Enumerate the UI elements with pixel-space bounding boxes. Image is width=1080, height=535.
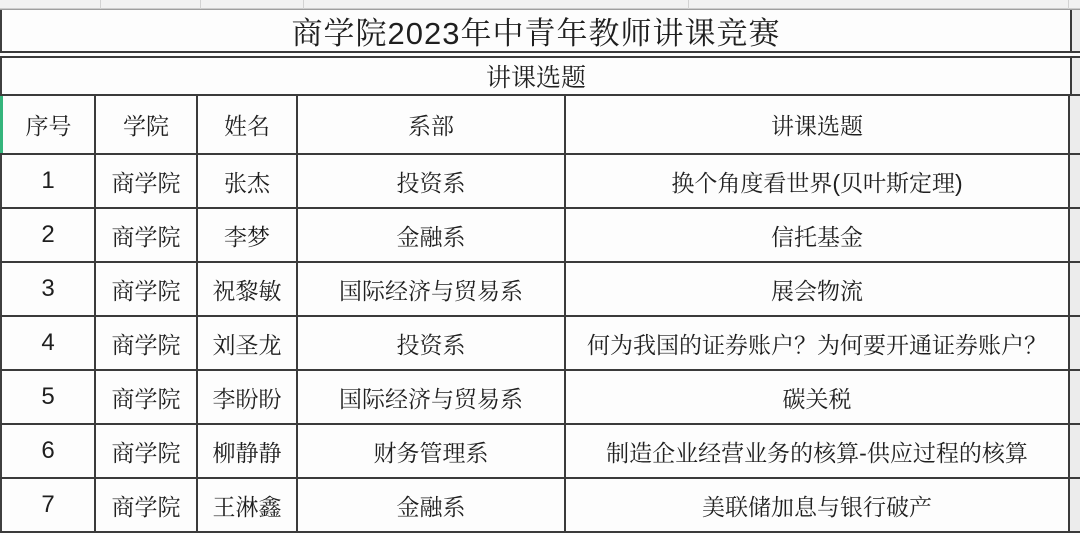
side-column-filler (1070, 371, 1080, 423)
cell-department[interactable]: 投资系 (298, 155, 566, 207)
side-column-filler (1070, 263, 1080, 315)
table-row: 2 商学院 李梦 金融系 信托基金 (0, 209, 1080, 263)
cell-topic[interactable]: 美联储加息与银行破产 (566, 479, 1070, 531)
header-cell-department[interactable]: 系部 (298, 96, 566, 153)
cell-topic[interactable]: 信托基金 (566, 209, 1070, 261)
header-cell-index[interactable]: 序号 (0, 96, 96, 153)
cell-department[interactable]: 财务管理系 (298, 425, 566, 477)
header-cell-name[interactable]: 姓名 (198, 96, 298, 153)
side-column-filler (1070, 425, 1080, 477)
grid-line (303, 0, 304, 9)
grid-line (688, 0, 689, 9)
cell-college[interactable]: 商学院 (96, 479, 198, 531)
table-row: 5 商学院 李盼盼 国际经济与贸易系 碳关税 (0, 371, 1080, 425)
table-row: 1 商学院 张杰 投资系 换个角度看世界(贝叶斯定理) (0, 155, 1080, 209)
spreadsheet-view: 商学院2023年中青年教师讲课竞赛 讲课选题 序号 学院 姓名 系部 讲课选题 … (0, 0, 1080, 535)
cell-index[interactable]: 1 (0, 155, 96, 207)
cell-topic[interactable]: 换个角度看世界(贝叶斯定理) (566, 155, 1070, 207)
side-column-filler (1072, 58, 1080, 94)
cell-name[interactable]: 祝黎敏 (198, 263, 298, 315)
cell-topic[interactable]: 碳关税 (566, 371, 1070, 423)
cell-topic[interactable]: 制造企业经营业务的核算-供应过程的核算 (566, 425, 1070, 477)
table-row: 4 商学院 刘圣龙 投资系 何为我国的证券账户？为何要开通证券账户？ (0, 317, 1080, 371)
cell-name[interactable]: 李盼盼 (198, 371, 298, 423)
header-cell-college[interactable]: 学院 (96, 96, 198, 153)
cell-department[interactable]: 金融系 (298, 209, 566, 261)
side-column-filler (1070, 155, 1080, 207)
cell-department[interactable]: 国际经济与贸易系 (298, 263, 566, 315)
side-column-filler (1070, 479, 1080, 531)
cell-college[interactable]: 商学院 (96, 263, 198, 315)
cell-college[interactable]: 商学院 (96, 425, 198, 477)
grid-line (100, 0, 101, 9)
grid-line (200, 0, 201, 9)
table-row: 7 商学院 王淋鑫 金融系 美联储加息与银行破产 (0, 479, 1080, 533)
cell-name[interactable]: 柳静静 (198, 425, 298, 477)
top-grid-strip (0, 0, 1080, 9)
header-cell-topic[interactable]: 讲课选题 (566, 96, 1070, 153)
cell-index[interactable]: 5 (0, 371, 96, 423)
table-row-title: 商学院2023年中青年教师讲课竞赛 (0, 9, 1080, 53)
cell-department[interactable]: 金融系 (298, 479, 566, 531)
side-column-filler (1072, 10, 1080, 51)
cell-department[interactable]: 投资系 (298, 317, 566, 369)
cell-college[interactable]: 商学院 (96, 317, 198, 369)
cell-topic[interactable]: 展会物流 (566, 263, 1070, 315)
cell-index[interactable]: 7 (0, 479, 96, 531)
grid-line (1068, 0, 1069, 9)
cell-name[interactable]: 李梦 (198, 209, 298, 261)
table-row: 6 商学院 柳静静 财务管理系 制造企业经营业务的核算-供应过程的核算 (0, 425, 1080, 479)
cell-topic[interactable]: 何为我国的证券账户？为何要开通证券账户？ (566, 317, 1070, 369)
cell-college[interactable]: 商学院 (96, 155, 198, 207)
side-column-filler (1070, 317, 1080, 369)
cell-name[interactable]: 张杰 (198, 155, 298, 207)
table-subtitle-cell[interactable]: 讲课选题 (0, 58, 1072, 94)
cell-name[interactable]: 王淋鑫 (198, 479, 298, 531)
table-header-row: 序号 学院 姓名 系部 讲课选题 (0, 96, 1080, 155)
table-title-cell[interactable]: 商学院2023年中青年教师讲课竞赛 (0, 10, 1072, 51)
table-row-subtitle: 讲课选题 (0, 56, 1080, 96)
table-row: 3 商学院 祝黎敏 国际经济与贸易系 展会物流 (0, 263, 1080, 317)
cell-college[interactable]: 商学院 (96, 209, 198, 261)
cell-index[interactable]: 3 (0, 263, 96, 315)
cell-index[interactable]: 4 (0, 317, 96, 369)
cell-index[interactable]: 6 (0, 425, 96, 477)
cell-name[interactable]: 刘圣龙 (198, 317, 298, 369)
cell-department[interactable]: 国际经济与贸易系 (298, 371, 566, 423)
side-column-filler (1070, 209, 1080, 261)
cell-college[interactable]: 商学院 (96, 371, 198, 423)
side-column-filler (1070, 96, 1080, 153)
cell-index[interactable]: 2 (0, 209, 96, 261)
